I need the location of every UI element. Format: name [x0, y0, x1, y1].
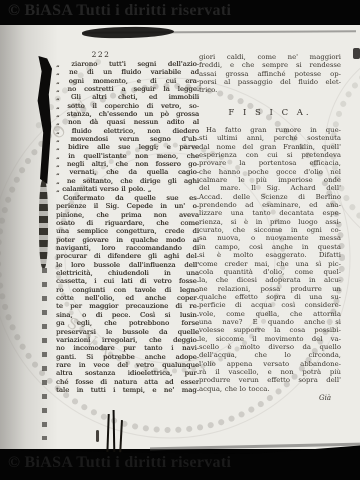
text-line: sa nuova, o nuovamente messa	[199, 234, 341, 242]
text-line: la, che dicesi adoperata in alcu-	[199, 276, 341, 284]
text-line: assai grossa affinché potesse op-	[199, 70, 341, 78]
text-line: esperienza con cui si pretendeva	[199, 151, 341, 159]
text-line: curato, che siccome in ogni co-	[199, 226, 341, 234]
text-line: „ bidire alle sue leggi; e parve	[56, 143, 199, 151]
text-line: lizzare una tanto decantata espe-	[199, 209, 341, 217]
left-column-quotation: „ ziarono tutt'i segni dell'azio-„ ne di…	[56, 60, 199, 194]
text-line: osato di riguardare, che come	[56, 219, 199, 227]
copyright-watermark-top: © BiASA Tutti i diritti riservati	[8, 2, 231, 20]
text-line: cassetta, i cui lati di vetro fosse-	[56, 277, 199, 285]
text-line: ga egli, che potrebbono forse	[56, 319, 199, 327]
text-line: come creder mai, che una sì pic-	[199, 260, 341, 268]
copyright-watermark-bottom: © BiASA Tutti i diritti riservati	[8, 454, 231, 472]
text-line: perienze il Sig. Cepede in un' o-	[56, 202, 199, 210]
text-line: del mare. Il Sig. Achard dell'	[199, 184, 341, 192]
text-line: giori caldi, come ne' maggiori	[199, 53, 341, 61]
page-number: 222	[56, 50, 146, 59]
ink-smudge	[353, 48, 360, 59]
text-line: vole, come quella, che attornia	[199, 310, 341, 318]
text-line: „ vernati, che da quella cagio-	[56, 168, 199, 176]
text-line: „ ne soltanto, che dirige gli aghi	[56, 177, 199, 185]
text-line: rare in vece del vetro qualunque	[56, 361, 199, 369]
scanned-book-page: O N S V I 222 „ ziarono tutt'i segni del…	[0, 0, 360, 480]
text-line: dell'acqua, che lo circonda,	[199, 351, 341, 359]
text-line: volesse supporre la cosa possibi-	[199, 326, 341, 334]
text-line: elettricità, chiudendoli in una	[56, 269, 199, 277]
text-line: scello è molto diverso da quello	[199, 343, 341, 351]
text-line: ché fosse di natura atta ad esser	[56, 378, 199, 386]
text-line: porsi al passaggio del fluido elet-	[199, 78, 341, 86]
text-line: naviganti, loro raccomandando di	[56, 244, 199, 252]
text-line: pinione, che prima non aveva	[56, 211, 199, 219]
text-line: dal nome del gran Franklin, quell'	[199, 143, 341, 151]
text-line: l'olio appena versato abbandone-	[199, 360, 341, 368]
text-line: sina, o di pece. Così si lusin-	[56, 311, 199, 319]
text-line: poter giovare in qualche modo ai	[56, 236, 199, 244]
text-line: provare la portentosa efficacia,	[199, 159, 341, 167]
text-line: rà il vascello, e non potrà più	[199, 368, 341, 376]
text-line: sti ultimi anni, perché sostenuta	[199, 134, 341, 142]
text-line: tale in tutti i tempi, e ne' mag-	[56, 386, 199, 394]
section-heading-fisica: F I S I C A.	[199, 108, 341, 118]
text-line: „ negli altri, che non fossero go-	[56, 160, 199, 168]
text-line: „ non dà quasi nessun adito al	[56, 118, 199, 126]
text-line: „ Gli altri cheti, ed immobili	[56, 93, 199, 101]
catchword: Già	[199, 394, 331, 402]
text-line: cola quantità d'olio, come quel-	[199, 268, 341, 276]
left-column-paragraph: Confermato da quelle sue es-perienze il …	[56, 194, 199, 394]
text-line: qualche effetto sopra di una su-	[199, 293, 341, 301]
text-line: trico.	[199, 86, 341, 94]
text-line: prendendo ad esaminare, ed ana-	[199, 201, 341, 209]
text-line: „ ogni momento, e di cui era-	[56, 77, 199, 85]
ink-stroke	[96, 430, 99, 442]
text-line: in campo, così anche in questa	[199, 243, 341, 251]
text-line: produrre verun effetto sopra dell'	[199, 376, 341, 384]
text-line: „ calamitati verso il polo. „	[56, 185, 199, 193]
text-line: variazioni irregolari, che deggio-	[56, 336, 199, 344]
text-line: che hanno poche gocce d'olio nel	[199, 168, 341, 176]
text-line: te per maggior precauzione di re-	[56, 302, 199, 310]
text-line: Confermato da quelle sue es-	[56, 194, 199, 202]
text-line: „ sotto il coperchio di vetro, so-	[56, 102, 199, 110]
text-line: „ no costretti a seguir la legge.	[56, 85, 199, 93]
text-line: rienza, si è in primo luogo assi-	[199, 218, 341, 226]
text-line: si è molto esaggerato. Difatti	[199, 251, 341, 259]
right-column-paragraph: Ha fatto gran rumore in que-sti ultimi a…	[199, 126, 341, 393]
text-line: ganti. Si potrebbe anche adope-	[56, 353, 199, 361]
text-line: „ movendosi verun segno d'ub-	[56, 135, 199, 143]
text-line: „ in quell'istante non meno, che	[56, 152, 199, 160]
text-line: Accad. delle Scienze di Berlino	[199, 193, 341, 201]
text-line: ro congiunti con tavole di legno	[56, 286, 199, 294]
gutter-ink-blot	[39, 180, 48, 268]
text-line: una nave? E quando anche si	[199, 318, 341, 326]
text-line: acqua, che lo tocca.	[199, 385, 341, 393]
text-line: altra sostanza idioelettrica, pur-	[56, 369, 199, 377]
text-line: no incomodare pur tanto i navi-	[56, 344, 199, 352]
text-line: le loro bussole dall'influenza dell'	[56, 261, 199, 269]
text-line: Ha fatto gran rumore in que-	[199, 126, 341, 134]
text-line: preservarsi le bussole da quelle	[56, 328, 199, 336]
text-line: ne relazioni, possa produrre un	[199, 285, 341, 293]
text-line: „ fluido elettrico, non diedero	[56, 127, 199, 135]
text-line: una semplice congettura, crede di	[56, 227, 199, 235]
text-line: freddi, e che sempre si rendesse	[199, 61, 341, 69]
text-line: „ stanza, ch'essendo un pò grossa	[56, 110, 199, 118]
gutter-ink-blot	[42, 268, 47, 440]
text-line: calmare le più imperiose onde	[199, 176, 341, 184]
text-line: perficie di acqua così considere-	[199, 301, 341, 309]
text-line: cotte nell'olio, ed anche coper-	[56, 294, 199, 302]
text-line: „ ziarono tutt'i segni dell'azio-	[56, 60, 199, 68]
text-line: le, siccome il movimento del va-	[199, 335, 341, 343]
right-column-intro: giori caldi, come ne' maggiorifreddi, e …	[199, 53, 341, 95]
text-line: „ ne di un fluido variabile ad	[56, 68, 199, 76]
text-line: procurar di difendere gli aghi del-	[56, 252, 199, 260]
